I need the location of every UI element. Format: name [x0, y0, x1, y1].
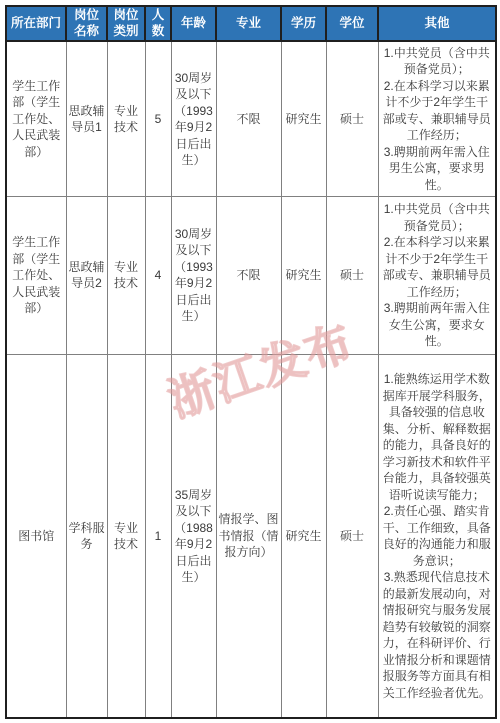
- table-row: 图书馆 学科服务 专业技术 1 35周岁及以下（1988年9月2日后出生） 情报…: [6, 354, 496, 718]
- table-row: 学生工作部（学生工作处、人民武装部） 思政辅导员2 专业技术 4 30周岁及以下…: [6, 196, 496, 354]
- table-row: 学生工作部（学生工作处、人民武装部） 思政辅导员1 专业技术 5 30周岁及以下…: [6, 41, 496, 196]
- col-header-dept: 所在部门: [6, 6, 66, 41]
- cell-education: 研究生: [281, 196, 326, 354]
- cell-age: 30周岁及以下（1993年9月2日后出生）: [171, 196, 216, 354]
- col-header-other: 其他: [378, 6, 496, 41]
- cell-position: 学科服务: [66, 354, 107, 718]
- cell-headcount: 1: [145, 354, 171, 718]
- col-header-degree: 学位: [326, 6, 378, 41]
- cell-dept: 学生工作部（学生工作处、人民武装部）: [6, 196, 66, 354]
- cell-degree: 硕士: [326, 354, 378, 718]
- page: 所在部门 岗位名称 岗位类别 人数 年龄 专业 学历 学位 其他 学生工作部（学…: [0, 0, 500, 723]
- cell-age: 30周岁及以下（1993年9月2日后出生）: [171, 41, 216, 196]
- col-header-position: 岗位名称: [66, 6, 107, 41]
- cell-category: 专业技术: [107, 41, 145, 196]
- cell-dept: 学生工作部（学生工作处、人民武装部）: [6, 41, 66, 196]
- cell-education: 研究生: [281, 41, 326, 196]
- header-row: 所在部门 岗位名称 岗位类别 人数 年龄 专业 学历 学位 其他: [6, 6, 496, 41]
- cell-dept: 图书馆: [6, 354, 66, 718]
- cell-headcount: 4: [145, 196, 171, 354]
- cell-position: 思政辅导员1: [66, 41, 107, 196]
- cell-other: 1.能熟练运用学术数据库开展学科服务，具备较强的信息收集、分析、解释数据的能力，…: [378, 354, 496, 718]
- cell-degree: 硕士: [326, 41, 378, 196]
- cell-degree: 硕士: [326, 196, 378, 354]
- cell-major: 不限: [216, 196, 281, 354]
- cell-education: 研究生: [281, 354, 326, 718]
- cell-other: 1.中共党员（含中共预备党员）； 2.在本科学习以来累计不少于2年学生干部或专、…: [378, 196, 496, 354]
- col-header-age: 年龄: [171, 6, 216, 41]
- cell-headcount: 5: [145, 41, 171, 196]
- cell-major: 情报学、图书情报（情报方向）: [216, 354, 281, 718]
- cell-category: 专业技术: [107, 354, 145, 718]
- cell-other: 1.中共党员（含中共预备党员）； 2.在本科学习以来累计不少于2年学生干部或专、…: [378, 41, 496, 196]
- job-positions-table: 所在部门 岗位名称 岗位类别 人数 年龄 专业 学历 学位 其他 学生工作部（学…: [5, 5, 497, 719]
- col-header-education: 学历: [281, 6, 326, 41]
- cell-position: 思政辅导员2: [66, 196, 107, 354]
- col-header-major: 专业: [216, 6, 281, 41]
- col-header-category: 岗位类别: [107, 6, 145, 41]
- cell-major: 不限: [216, 41, 281, 196]
- col-header-headcount: 人数: [145, 6, 171, 41]
- cell-category: 专业技术: [107, 196, 145, 354]
- cell-age: 35周岁及以下（1988年9月2日后出生）: [171, 354, 216, 718]
